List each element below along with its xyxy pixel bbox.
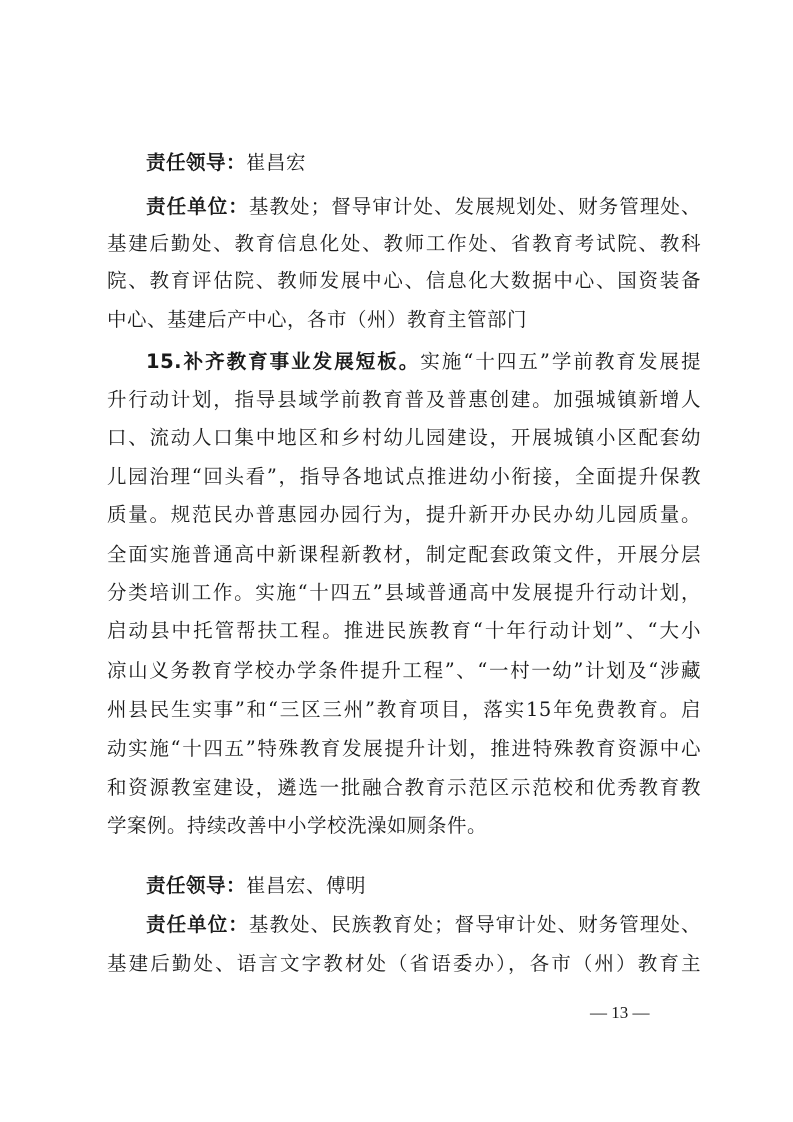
text-line: 儿园治理“回头看”，指导各地试点推进幼小衔接，全面提升保教 [107,465,701,489]
value: 崔昌宏 [246,151,306,174]
responsible-leader-2: 责任领导：崔昌宏、傅明 [146,874,701,898]
text-line: 口、流动人口集中地区和乡村幼儿园建设，开展城镇小区配套幼 [107,426,701,450]
value: 基教处；督导审计处、发展规划处、财务管理处、 [249,195,701,218]
text-line: 启动县中托管帮扶工程。推进民族教育“十年行动计划”、“大小 [107,619,701,643]
label: 责任单位： [146,913,249,936]
text-line: 全面实施普通高中新课程新教材，制定配套政策文件，开展分层 [107,543,701,567]
item-heading: 15.补齐教育事业发展短板。 [146,350,420,373]
responsible-unit-1: 责任单位：基教处；督导审计处、发展规划处、财务管理处、 [146,195,701,219]
responsible-unit-2: 责任单位：基教处、民族教育处；督导审计处、财务管理处、 [146,913,701,937]
value: 崔昌宏、傅明 [246,874,366,897]
text-line: 基建后勤处、教育信息化处、教师工作处、省教育考试院、教科 [107,232,701,256]
page-number: — 13 — [590,1003,650,1023]
label: 责任单位： [146,195,249,218]
text-line: 基建后勤处、语言文字教材处（省语委办），各市（州）教育主 [107,952,701,976]
text-line: 动实施“十四五”特殊教育发展提升计划，推进特殊教育资源中心 [107,737,701,761]
label: 责任领导： [146,151,246,174]
responsible-leader-1: 责任领导：崔昌宏 [146,151,701,175]
value: 基教处、民族教育处；督导审计处、财务管理处、 [249,913,701,936]
text-line: 中心、基建后产中心，各市（州）教育主管部门 [107,308,701,332]
text-line: 分类培训工作。实施“十四五”县域普通高中发展提升行动计划， [107,581,701,605]
text-line: 院、教育评估院、教师发展中心、信息化大数据中心、国资装备 [107,269,701,293]
label: 责任领导： [146,874,246,897]
text: 实施“十四五”学前教育发展提 [420,350,701,373]
text-line: 凉山义务教育学校办学条件提升工程”、“一村一幼”计划及“涉藏 [107,659,701,683]
item-15-heading-line: 15.补齐教育事业发展短板。实施“十四五”学前教育发展提 [146,350,701,374]
text-line: 和资源教室建设，遴选一批融合教育示范区示范校和优秀教育教 [107,776,701,800]
text-line: 质量。规范民办普惠园办园行为，提升新开办民办幼儿园质量。 [107,503,701,527]
text-line: 学案例。持续改善中小学校洗澡如厕条件。 [107,814,701,838]
text-line: 升行动计划，指导县域学前教育普及普惠创建。加强城镇新增人 [107,388,701,412]
text-line: 州县民生实事”和“三区三州”教育项目，落实15年免费教育。启 [107,698,701,722]
